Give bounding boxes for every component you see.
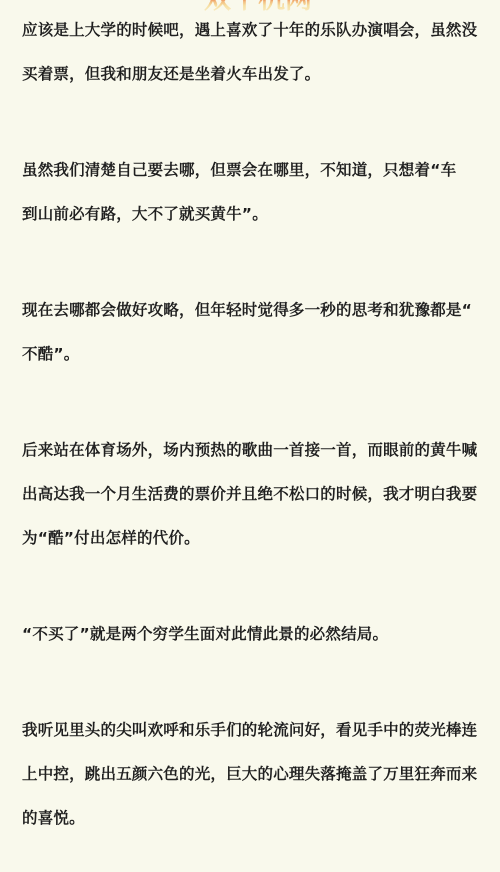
paragraph: 我听见里头的尖叫欢呼和乐手们的轮流问好，看见手中的荧光棒连 上中控，跳出五颜六色… [22,708,478,840]
paragraph: 现在去哪都会做好攻略，但年轻时觉得多一秒的思考和犹豫都是“ 不酷”。 [22,288,478,376]
article-body: 应该是上大学的时候吧，遇上喜欢了十年的乐队办演唱会，虽然没 买着票，但我和朋友还… [22,8,478,840]
paragraph: 应该是上大学的时候吧，遇上喜欢了十年的乐队办演唱会，虽然没 买着票，但我和朋友还… [22,8,478,96]
paragraph: “不买了”就是两个穷学生面对此情此景的必然结局。 [22,612,478,656]
paragraph: 虽然我们清楚自己要去哪，但票会在哪里，不知道，只想着“车 到山前必有路，大不了就… [22,148,478,236]
paragraph: 后来站在体育场外，场内预热的歌曲一首接一首，而眼前的黄牛喊 出高达我一个月生活费… [22,428,478,560]
article-page: 双十机网 应该是上大学的时候吧，遇上喜欢了十年的乐队办演唱会，虽然没 买着票，但… [0,0,500,872]
